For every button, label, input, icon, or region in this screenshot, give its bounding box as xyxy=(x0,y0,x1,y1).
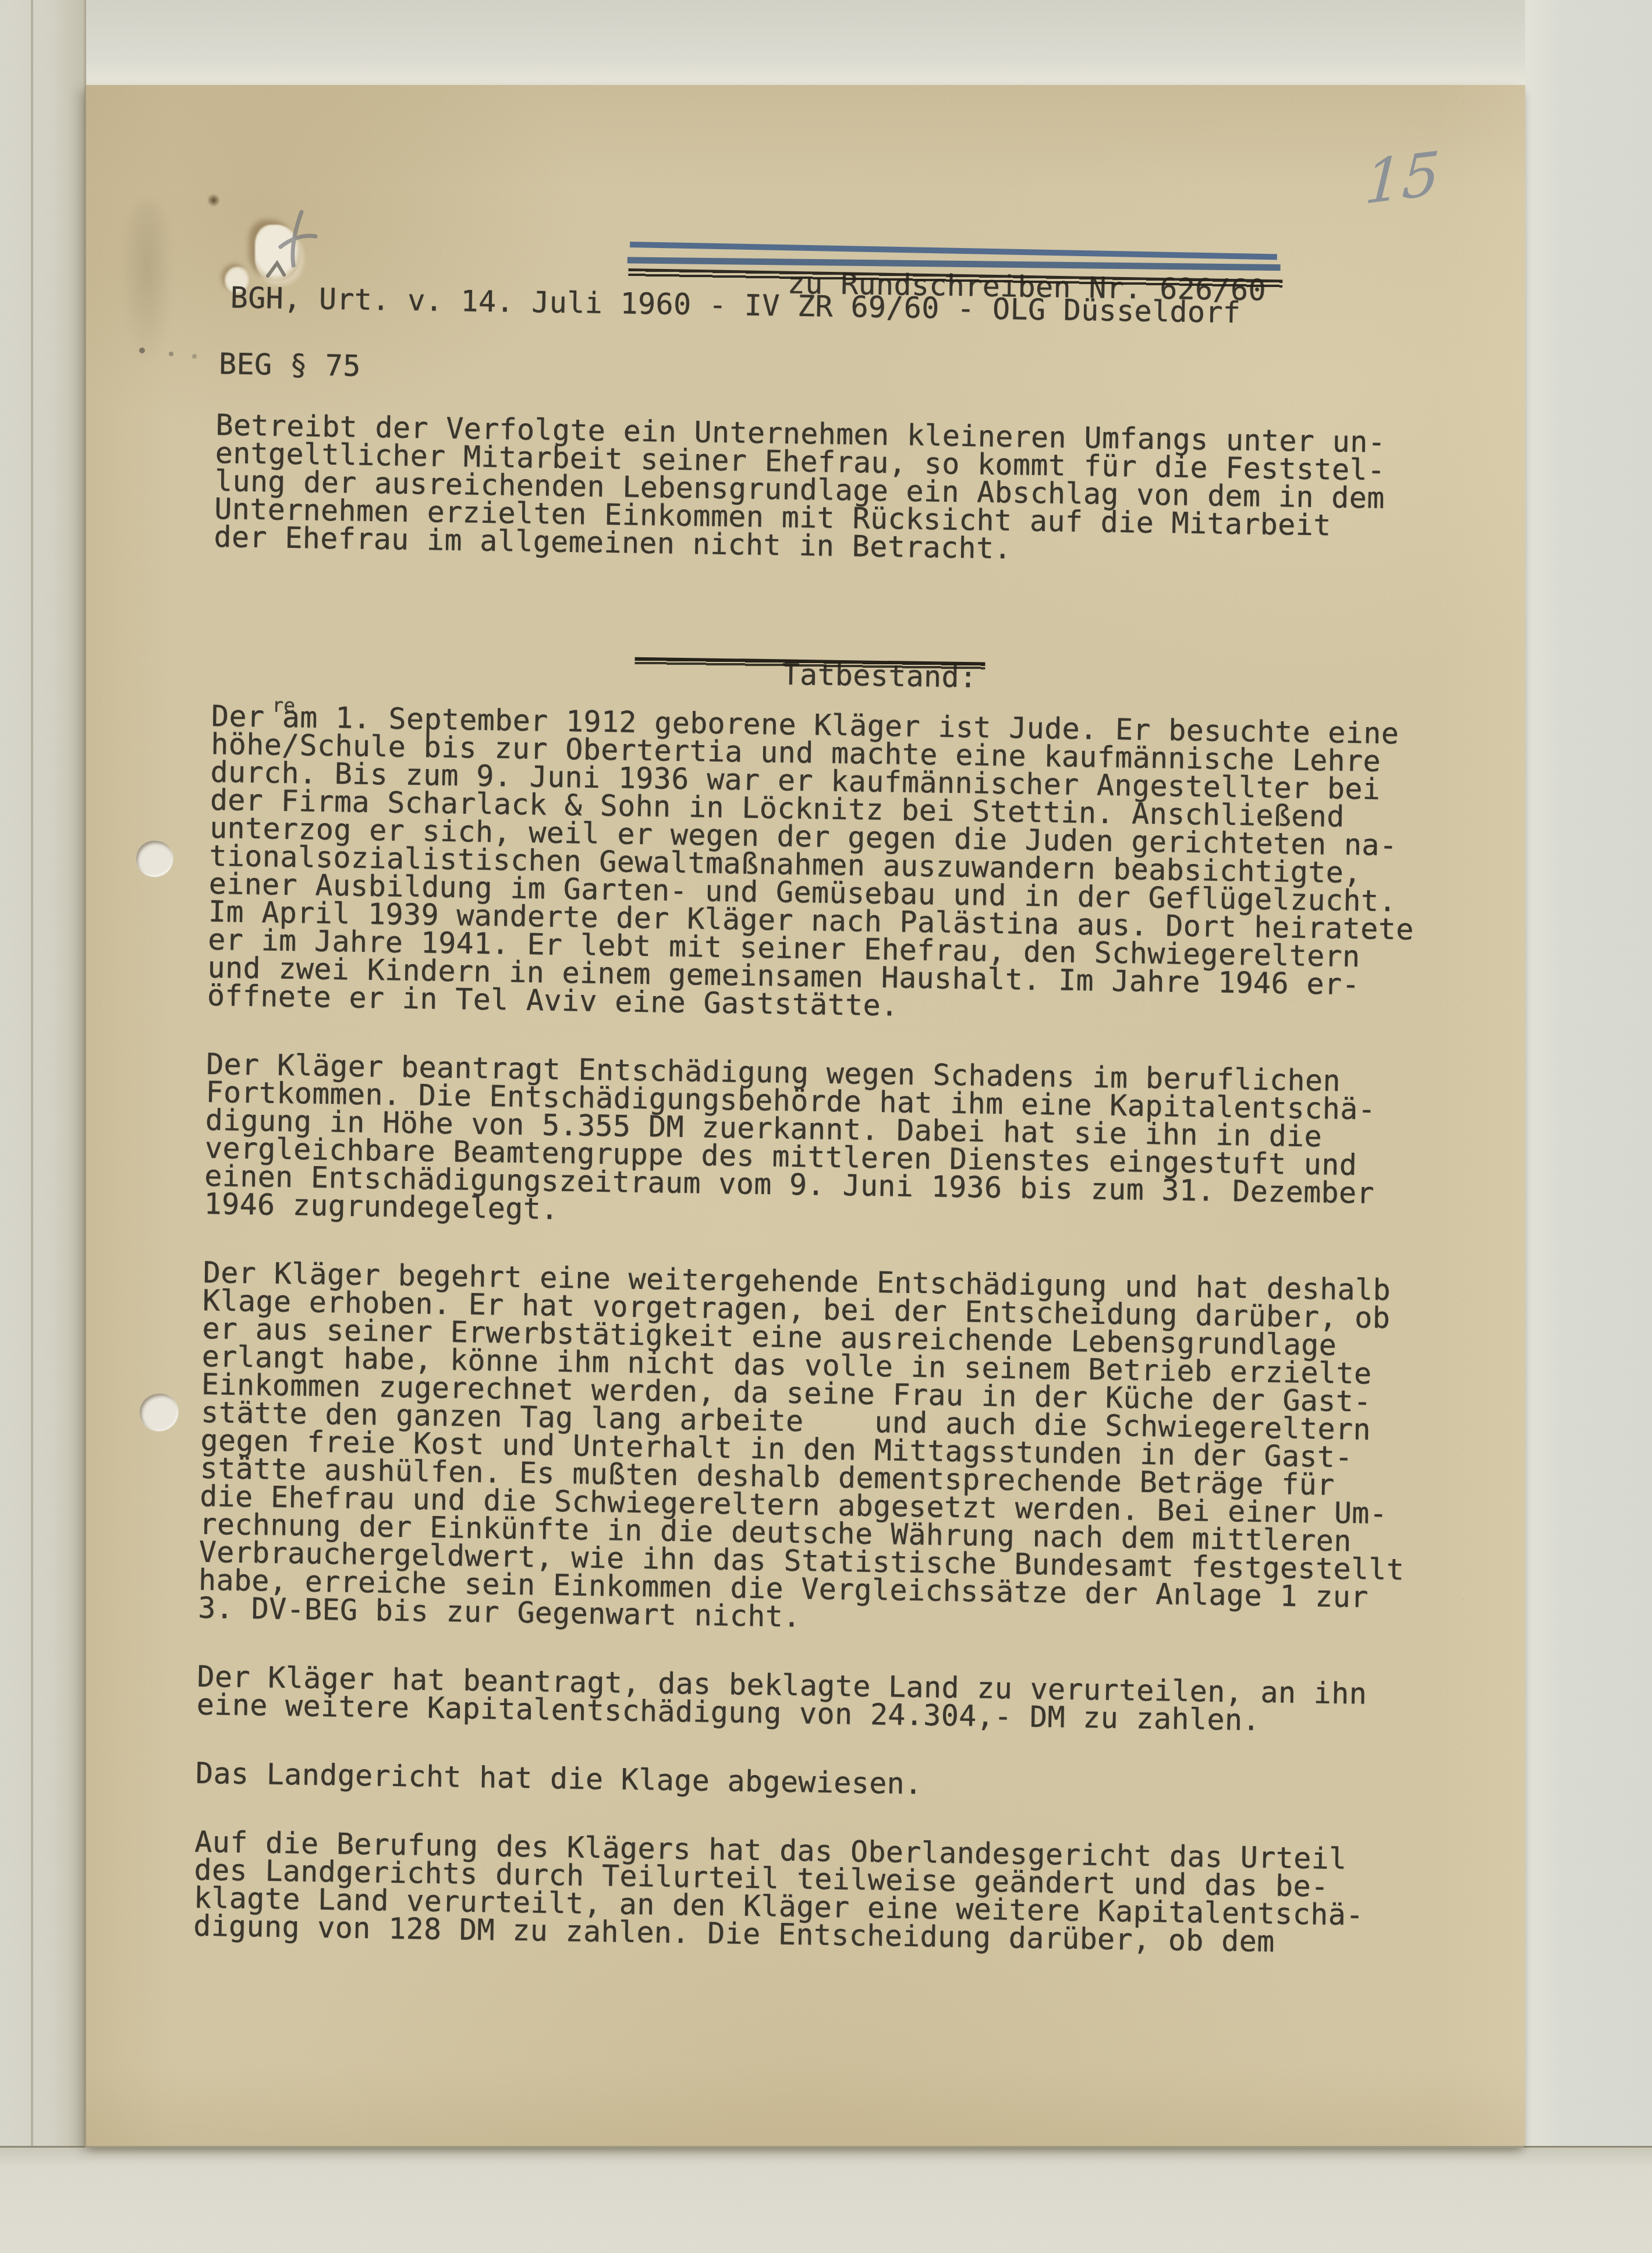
section-heading-row: Tatbestand: xyxy=(212,624,1464,671)
punch-hole xyxy=(134,838,175,879)
typed-insertion-re: re xyxy=(272,693,295,717)
headnote: Betreibt der Verfolgte ein Unternehmen k… xyxy=(214,411,1467,569)
statute-reference: BEG § 75 xyxy=(217,350,1468,396)
underlying-sheet-right xyxy=(1525,0,1652,2146)
reference-stamp-row: zu Rundschreiben Nr. 626/60 xyxy=(218,233,1470,279)
paragraph-requested-amount: Der Kläger hat beantragt, das beklagte L… xyxy=(196,1663,1448,1737)
document-paper: 15 zu Rundschreiben Nr. 626/60 BGH, Urt.… xyxy=(86,85,1525,2146)
typewritten-text: zu Rundschreiben Nr. 626/60 BGH, Urt. v.… xyxy=(193,207,1470,1958)
scan-background-left xyxy=(0,0,86,2253)
paragraph-compensation-claim: Der Kläger beantragt Entschädigung wegen… xyxy=(204,1050,1458,1237)
underlying-sheet-seam xyxy=(31,0,33,2253)
blue-strike-line xyxy=(630,242,1277,260)
paragraph-lines: Der am 1. September 1912 geborene Kläger… xyxy=(207,702,1463,1028)
handwritten-page-number: 15 xyxy=(1363,144,1441,213)
paragraph-appeal-ruling: Auf die Berufung des Klägers hat das Obe… xyxy=(193,1828,1447,1958)
paragraph-plaintiff-arguments: Der Kläger begehrt eine weitergehende En… xyxy=(198,1259,1455,1641)
section-heading: Tatbestand: xyxy=(640,630,977,664)
scan-background-top xyxy=(0,0,1652,85)
scanned-document-page: { "page": { "sheet_number": "15", "stamp… xyxy=(0,0,1652,2253)
paragraph-facts-1: re Der am 1. September 1912 geborene Klä… xyxy=(207,702,1463,1028)
text-line: Das Landgericht hat die Klage abgewiesen… xyxy=(196,1759,1447,1806)
underlying-sheet-bottom xyxy=(0,2146,1652,2253)
punch-hole xyxy=(138,1392,180,1433)
paragraph-landgericht-ruling: Das Landgericht hat die Klage abgewiesen… xyxy=(196,1759,1447,1806)
crossed-out-reference: zu Rundschreiben Nr. 626/60 xyxy=(646,239,1267,277)
